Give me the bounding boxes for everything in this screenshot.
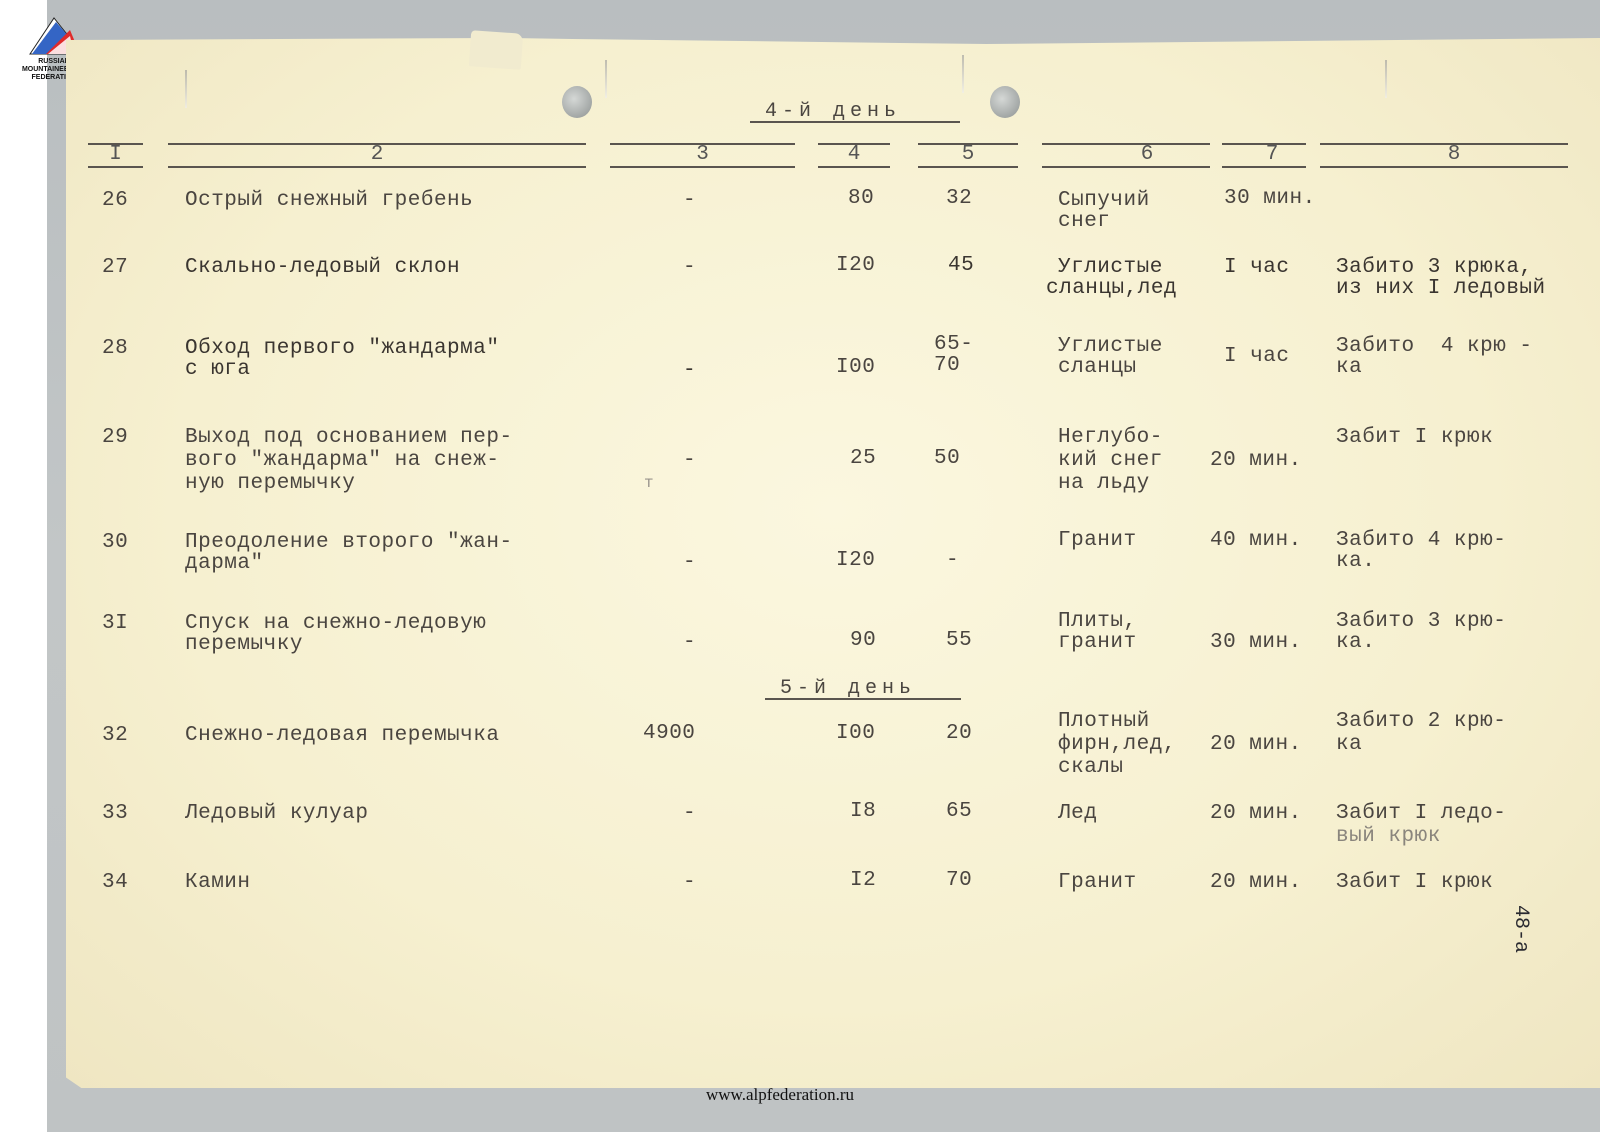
row-description: Снежно-ледовая перемычка xyxy=(185,725,499,746)
row-number: 27 xyxy=(102,257,128,278)
row-description: Преодоление второго "жан- xyxy=(185,532,513,553)
paper-tear xyxy=(469,30,523,70)
cell-col4: I00 xyxy=(836,357,875,378)
footer-url[interactable]: www.alpfederation.ru xyxy=(0,1085,1560,1105)
cell-col8: из них I ледовый xyxy=(1336,278,1546,299)
cell-col8: Забито 3 крюка, xyxy=(1336,257,1533,278)
cell-col6: снег xyxy=(1058,211,1110,232)
cell-col6: Сыпучий xyxy=(1058,190,1150,211)
cell-col8: Забито 4 крю - xyxy=(1336,336,1533,357)
column-header: 7 xyxy=(1222,143,1322,166)
row-description: Скально-ледовый склон xyxy=(185,257,460,278)
cell-col7: 20 мин. xyxy=(1210,803,1302,824)
row-description: с юга xyxy=(185,359,251,380)
cell-col3: - xyxy=(683,872,696,893)
row-description: перемычку xyxy=(185,634,303,655)
page-number: 48-а xyxy=(1509,905,1532,953)
cell-col3: - xyxy=(683,803,696,824)
cell-col6: скалы xyxy=(1058,757,1124,778)
row-description: Острый снежный гребень xyxy=(185,190,473,211)
cell-col5: 70 xyxy=(946,870,972,891)
row-description: Выход под основанием пер- xyxy=(185,427,513,448)
cell-col5: 45 xyxy=(948,255,974,276)
paper-crease xyxy=(962,55,964,93)
cell-col3: - xyxy=(683,450,696,471)
cell-col6: кий снег xyxy=(1058,450,1163,471)
cell-col8: ка xyxy=(1336,357,1362,378)
cell-col5: - xyxy=(946,550,959,571)
cell-col8: Забит I ледо- xyxy=(1336,803,1506,824)
column-header: 2 xyxy=(168,143,586,166)
cell-col4: 90 xyxy=(850,630,876,651)
punch-hole xyxy=(562,86,592,118)
cell-col5: 20 xyxy=(946,723,972,744)
cell-col4: I8 xyxy=(850,801,876,822)
row-number: 3I xyxy=(102,613,128,634)
paper-crease xyxy=(1385,60,1387,98)
column-header: 8 xyxy=(1320,143,1588,166)
row-description: вого "жандарма" на снеж- xyxy=(185,450,499,471)
row-description: ную перемычку xyxy=(185,473,355,494)
cell-col8: Забито 3 крю- xyxy=(1336,611,1506,632)
cell-col6: сланцы xyxy=(1058,357,1137,378)
cell-col7: I час xyxy=(1224,346,1290,367)
stray-mark: т xyxy=(644,474,654,492)
row-description: Спуск на снежно-ледовую xyxy=(185,613,486,634)
cell-col8: ка. xyxy=(1336,551,1375,572)
row-number: 34 xyxy=(102,872,128,893)
cell-col8: ка xyxy=(1336,734,1362,755)
column-header: 3 xyxy=(610,143,795,166)
cell-col3: - xyxy=(683,360,696,381)
cell-col7: I час xyxy=(1224,257,1290,278)
paper-crease xyxy=(185,70,187,108)
cell-col3: - xyxy=(683,552,696,573)
row-number: 29 xyxy=(102,427,128,448)
day-heading: 5-й день xyxy=(780,677,916,700)
cell-col6: Неглубо- xyxy=(1058,427,1163,448)
cell-col8: ка. xyxy=(1336,632,1375,653)
cell-col5: 70 xyxy=(934,355,960,376)
cell-col3: 4900 xyxy=(643,723,695,744)
cell-col4: 25 xyxy=(850,448,876,469)
cell-col8: Забит I крюк xyxy=(1336,872,1493,893)
column-header: 4 xyxy=(818,143,890,166)
cell-col4: I2 xyxy=(850,870,876,891)
cell-col8: вый крюк xyxy=(1336,826,1441,847)
cell-col4: I20 xyxy=(836,550,875,571)
cell-col3: - xyxy=(683,632,696,653)
cell-col6: фирн,лед, xyxy=(1058,734,1176,755)
cell-col7: 20 мин. xyxy=(1210,872,1302,893)
cell-col6: Углистые xyxy=(1058,336,1163,357)
cell-col6: Гранит xyxy=(1058,530,1137,551)
cell-col7: 20 мин. xyxy=(1210,450,1302,471)
cell-col5: 65- xyxy=(934,334,973,355)
column-header: 5 xyxy=(918,143,1018,166)
cell-col7: 30 мин. xyxy=(1224,188,1316,209)
column-header: 6 xyxy=(1042,143,1252,166)
cell-col3: - xyxy=(683,190,696,211)
cell-col4: I20 xyxy=(836,255,875,276)
cell-col6: на льду xyxy=(1058,473,1150,494)
cell-col7: 40 мин. xyxy=(1210,530,1302,551)
cell-col8: Забит I крюк xyxy=(1336,427,1493,448)
row-number: 28 xyxy=(102,338,128,359)
cell-col5: 65 xyxy=(946,801,972,822)
row-number: 30 xyxy=(102,532,128,553)
heading-underline xyxy=(765,698,961,700)
cell-col6: гранит xyxy=(1058,632,1137,653)
cell-col5: 50 xyxy=(934,448,960,469)
column-header: I xyxy=(88,143,143,166)
cell-col8: Забито 2 крю- xyxy=(1336,711,1506,732)
heading-underline xyxy=(750,121,960,123)
row-number: 33 xyxy=(102,803,128,824)
cell-col6: Лед xyxy=(1058,803,1097,824)
day-heading: 4-й день xyxy=(765,100,901,123)
cell-col6: Плиты, xyxy=(1058,611,1137,632)
cell-col6: Углистые xyxy=(1058,257,1163,278)
cell-col6: Плотный xyxy=(1058,711,1150,732)
row-description: Ледовый кулуар xyxy=(185,803,368,824)
cell-col6: Гранит xyxy=(1058,872,1137,893)
cell-col5: 55 xyxy=(946,630,972,651)
paper-crease xyxy=(605,60,607,98)
cell-col3: - xyxy=(683,257,696,278)
cell-col7: 20 мин. xyxy=(1210,734,1302,755)
cell-col4: I00 xyxy=(836,723,875,744)
cell-col4: 80 xyxy=(848,188,874,209)
row-description: дарма" xyxy=(185,553,264,574)
row-description: Камин xyxy=(185,872,251,893)
row-number: 26 xyxy=(102,190,128,211)
cell-col7: 30 мин. xyxy=(1210,632,1302,653)
row-description: Обход первого "жандарма" xyxy=(185,338,499,359)
cell-col5: 32 xyxy=(946,188,972,209)
punch-hole xyxy=(990,86,1020,118)
row-number: 32 xyxy=(102,725,128,746)
cell-col6: сланцы,лед xyxy=(1046,278,1177,299)
cell-col8: Забито 4 крю- xyxy=(1336,530,1506,551)
